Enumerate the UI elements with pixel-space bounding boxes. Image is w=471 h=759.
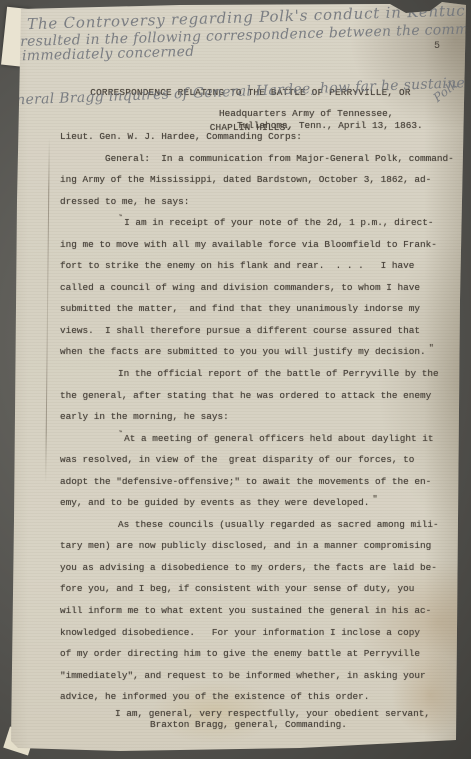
typed-line: fore you, and I beg, if consistent with … [60,578,455,600]
page-number: 5 [434,41,440,52]
closing-quote-mark: ″ [372,489,376,511]
typed-line: submitted the matter, and find that they… [60,298,455,320]
closing-quote-mark: ″ [429,338,433,360]
typed-line: adopt the "defensive-offensive;" to awai… [60,471,455,493]
dateline-headquarters: Headquarters Army of Tennessee, [219,108,393,119]
typed-line: ‶I am in receipt of your note of the 2d,… [60,212,455,234]
typed-line: I am, general, very respectfully, your o… [60,708,455,720]
typed-line: Lieut. Gen. W. J. Hardee, Commanding Cor… [60,126,455,148]
typed-line: emy, and to be guided by events as they … [60,492,455,514]
typed-line: ing Army of the Mississippi, dated Bards… [60,169,455,191]
typed-line: was resolved, in view of the great dispa… [60,449,455,471]
typed-line: of my order directing him to give the en… [60,643,455,665]
typed-line: Braxton Bragg, general, Commanding. [60,719,455,731]
typed-line: "immediately", and request to be informe… [60,665,455,687]
typed-line: you as advising a disobedience to my ord… [60,557,455,579]
typed-line: In the official report of the battle of … [60,363,455,385]
typed-line: General: In a communication from Major-G… [60,148,455,170]
typed-line: fort to strike the enemy on his flank an… [60,255,455,277]
letter-page: The Controversy regarding Polk's conduct… [0,0,471,759]
letter-body: Lieut. Gen. W. J. Hardee, Commanding Cor… [60,126,455,731]
typed-line: ing me to move with all my available for… [60,234,455,256]
typed-line: called a council of wing and division co… [60,277,455,299]
typed-line: advice, he informed you of the existence… [60,686,455,708]
scanned-document-stage: The Controversy regarding Polk's conduct… [0,0,471,759]
typed-line: when the facts are submitted to you you … [60,341,455,363]
opening-quote-mark: ‶ [118,425,122,447]
handwritten-annotation-top-line3: immediately concerned [22,44,195,65]
paper-crease [45,138,50,483]
typed-line: ‶At a meeting of general officers held a… [60,428,455,450]
typed-line: As these councils (usually regarded as s… [60,514,455,536]
typed-line: the general, after stating that he was o… [60,385,455,407]
typed-line: tary men) are now publicly disclosed, an… [60,535,455,557]
typed-line: views. I shall therefore pursue a differ… [60,320,455,342]
opening-quote-mark: ‶ [118,209,122,231]
typed-line: will inform me to what extent you sustai… [60,600,455,622]
typed-line: knowledged disobedience. For your inform… [60,622,455,644]
